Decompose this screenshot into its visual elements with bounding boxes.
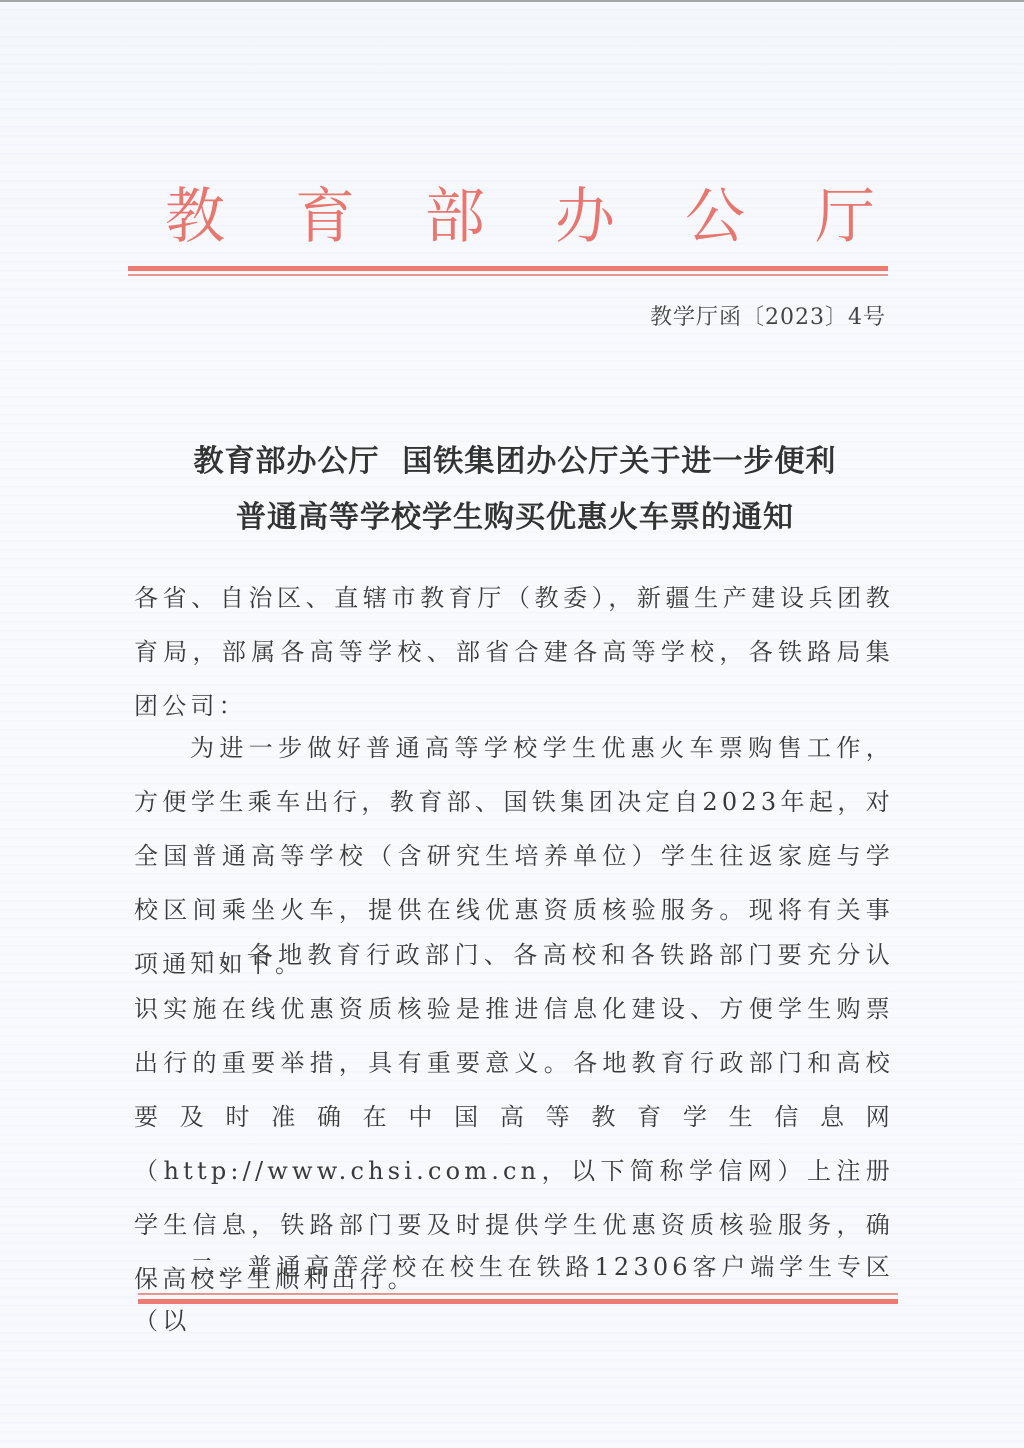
letterhead-char: 厅 <box>810 169 880 255</box>
document-number: 教学厅函〔2023〕4号 <box>650 300 886 331</box>
letterhead-char: 公 <box>680 169 750 255</box>
salutation: 各省、自治区、直辖市教育厅（教委），新疆生产建设兵团教育局，部属各高等学校、部省… <box>134 571 894 733</box>
header-rule-thin <box>128 274 888 276</box>
salutation-text: 各省、自治区、直辖市教育厅（教委），新疆生产建设兵团教育局，部属各高等学校、部省… <box>134 571 894 733</box>
letterhead-char: 教 <box>160 169 230 255</box>
letterhead-char: 办 <box>550 169 620 255</box>
letterhead-char: 育 <box>290 169 360 255</box>
footer-rule-thin <box>138 1293 898 1295</box>
page-top-edge <box>0 0 1024 2</box>
document-title-line-1: 教育部办公厅 国铁集团办公厅关于进一步便利 <box>120 436 910 480</box>
header-rule-thick <box>128 266 888 271</box>
document-title-line-2: 普通高等学校学生购买优惠火车票的通知 <box>120 492 910 536</box>
letterhead-title: 教 育 部 办 公 厅 <box>160 172 880 252</box>
footer-rule-thick <box>138 1299 898 1304</box>
letterhead-char: 部 <box>420 169 490 255</box>
